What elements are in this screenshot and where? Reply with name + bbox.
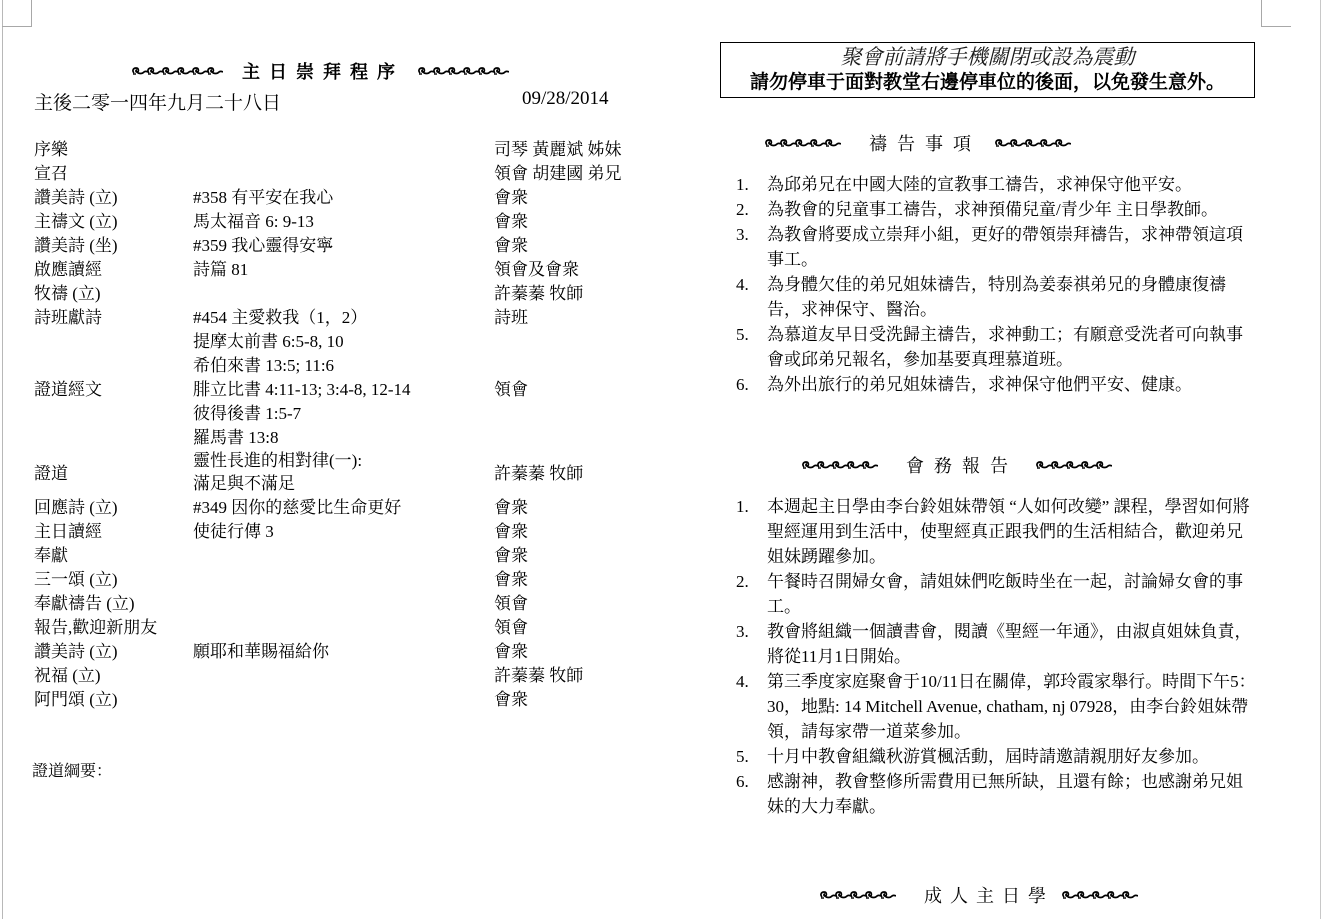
program-row: 羅馬書 13:8 [34,426,654,450]
announcement-heading-title: 會務報告 [906,452,1018,478]
announcement-item: 3.教會將組織一個讀書會，閱讀《聖經一年通》，由淑貞姐妹負責，將從11月1日開始… [736,619,1256,669]
program-item: 詩班獻詩 [34,306,102,330]
program-leader: 許蓁蓁 牧師 [494,282,583,306]
ornament-right-icon [995,137,1073,149]
program-row: 三一頌 (立)會衆 [34,568,654,592]
program-leader: 許蓁蓁 牧師 [494,664,583,688]
ornament-right-icon [1036,459,1114,471]
program-detail: #359 我心靈得安寧 [193,234,333,258]
prayer-heading: 禱告事項 [765,130,1073,156]
program-detail: 詩篇 81 [193,258,248,282]
program-item: 啟應讀經 [34,258,102,282]
announcement-list: 1.本週起主日學由李台鈴姐妹帶領 “人如何改變” 課程，學習如何將聖經運用到生活… [736,494,1256,819]
program-detail: 滿足與不滿足 [193,472,295,496]
program-leader: 司琴 黃麗斌 姊妹 [494,138,622,162]
program-row: 讚美詩 (坐)#359 我心靈得安寧會衆 [34,234,654,258]
service-date-numeric: 09/28/2014 [522,88,609,110]
program-leader: 會衆 [494,640,528,664]
program-detail: #349 因你的慈愛比生命更好 [193,496,401,520]
program-row: 證道滿足與不滿足許蓁蓁 牧師 [34,472,654,496]
program-item: 奉獻 [34,544,68,568]
ornament-left-icon [820,889,898,901]
program-detail: 靈性長進的相對律(一): [193,450,362,472]
ornament-right-icon [1062,889,1140,901]
program-detail: 希伯來書 13:5; 11:6 [193,354,334,378]
program-detail: 馬太福音 6: 9-13 [193,210,314,234]
prayer-item: 2.為教會的兒童事工禱告，求神預備兒童/青少年 主日學教師。 [736,197,1256,222]
page-edge-left [2,0,3,919]
program-detail: 使徒行傳 3 [193,520,274,544]
program-item: 讚美詩 (坐) [34,234,118,258]
program-item: 序樂 [34,138,68,162]
sunday-school-heading-title: 成人主日學 [924,882,1054,908]
announcement-text: 第三季度家庭聚會于10/11日在關偉，郭玲霞家舉行。時間下午5：30，地點: 1… [767,672,1256,741]
program-row: 提摩太前書 6:5-8, 10 [34,330,654,354]
page-corner-mark-right [1261,0,1291,27]
program-item: 三一頌 (立) [34,568,118,592]
announcement-text: 午餐時召開婦女會，請姐妹們吃飯時坐在一起，討論婦女會的事工。 [767,572,1243,616]
program-row: 報告,歡迎新朋友領會 [34,616,654,640]
prayer-number: 2. [736,197,749,222]
notice-box: 聚會前請將手機關閉或設為震動 請勿停車于面對教堂右邊停車位的後面，以免發生意外。 [720,42,1255,98]
program-item: 證道 [34,462,68,486]
program-leader: 會衆 [494,568,528,592]
program-detail: 提摩太前書 6:5-8, 10 [193,330,344,354]
program-leader: 會衆 [494,496,528,520]
program-row: 阿門頌 (立)會衆 [34,688,654,712]
announcement-text: 十月中教會組織秋游賞楓活動，屆時請邀請親朋好友參加。 [767,747,1209,766]
program-detail: 羅馬書 13:8 [193,426,278,450]
announcement-number: 2. [736,569,749,594]
program-item: 牧禱 (立) [34,282,101,306]
program-item: 主禱文 (立) [34,210,118,234]
program-row: 啟應讀經詩篇 81領會及會衆 [34,258,654,282]
program-leader: 會衆 [494,520,528,544]
program-row: 彼得後書 1:5-7 [34,402,654,426]
announcement-number: 5. [736,744,749,769]
program-row: 祝福 (立)許蓁蓁 牧師 [34,664,654,688]
program-row: 希伯來書 13:5; 11:6 [34,354,654,378]
announcement-item: 6.感謝神，教會整修所需費用已無所缺，且還有餘；也感謝弟兄姐妹的大力奉獻。 [736,769,1256,819]
announcement-item: 2.午餐時召開婦女會，請姐妹們吃飯時坐在一起，討論婦女會的事工。 [736,569,1256,619]
prayer-text: 為教會的兒童事工禱告，求神預備兒童/青少年 主日學教師。 [767,200,1218,219]
program-leader: 會衆 [494,210,528,234]
program-row: 讚美詩 (立)願耶和華賜福給你會衆 [34,640,654,664]
program-row: 主日讀經使徒行傳 3會衆 [34,520,654,544]
program-leader: 許蓁蓁 牧師 [494,462,583,486]
announcement-text: 教會將組織一個讀書會，閱讀《聖經一年通》，由淑貞姐妹負責，將從11月1日開始。 [767,622,1252,666]
announcement-number: 3. [736,619,749,644]
program-item: 祝福 (立) [34,664,101,688]
program-item: 宣召 [34,162,68,186]
program-leader: 會衆 [494,544,528,568]
page-edge-right [1320,0,1321,919]
program-leader: 會衆 [494,186,528,210]
prayer-text: 為外出旅行的弟兄姐妹禱告，求神保守他們平安、健康。 [767,375,1192,394]
prayer-number: 4. [736,272,749,297]
program-detail: 腓立比書 4:11-13; 3:4-8, 12-14 [193,378,411,402]
prayer-list: 1.為邱弟兄在中國大陸的宣教事工禱告，求神保守他平安。 2.為教會的兒童事工禱告… [736,172,1256,397]
program-row: 牧禱 (立)許蓁蓁 牧師 [34,282,654,306]
announcement-heading: 會務報告 [802,452,1114,478]
program-item: 讚美詩 (立) [34,640,118,664]
program-row: 讚美詩 (立)#358 有平安在我心會衆 [34,186,654,210]
ornament-left-icon [765,137,843,149]
prayer-text: 為教會將要成立崇拜小組，更好的帶領崇拜禱告，求神帶領這項事工。 [767,225,1243,269]
announcement-text: 本週起主日學由李台鈴姐妹帶領 “人如何改變” 課程，學習如何將聖經運用到生活中，… [767,497,1250,566]
program-row: 宣召領會 胡建國 弟兄 [34,162,654,186]
program-item: 報告,歡迎新朋友 [34,616,157,640]
prayer-text: 為邱弟兄在中國大陸的宣教事工禱告，求神保守他平安。 [767,175,1192,194]
program-row: 奉獻會衆 [34,544,654,568]
program-item: 回應詩 (立) [34,496,118,520]
program-item: 讚美詩 (立) [34,186,118,210]
ornament-right-icon [418,65,510,77]
sermon-outline-label: 證道綱要： [32,758,112,781]
program-leader: 會衆 [494,234,528,258]
announcement-item: 4.第三季度家庭聚會于10/11日在關偉，郭玲霞家舉行。時間下午5：30，地點:… [736,669,1256,744]
program-row: 主禱文 (立)馬太福音 6: 9-13會衆 [34,210,654,234]
notice-phone-silence: 聚會前請將手機關閉或設為震動 [721,44,1254,70]
program-leader: 領會 胡建國 弟兄 [494,162,622,186]
announcement-number: 4. [736,669,749,694]
program-leader: 領會 [494,616,528,640]
program-row: 證道經文腓立比書 4:11-13; 3:4-8, 12-14領會 [34,378,654,402]
ornament-left-icon [802,459,880,471]
prayer-item: 6.為外出旅行的弟兄姐妹禱告，求神保守他們平安、健康。 [736,372,1256,397]
program-leader: 領會 [494,378,528,402]
program-row: 奉獻禱告 (立)領會 [34,592,654,616]
prayer-text: 為身體欠佳的弟兄姐妹禱告，特別為姜泰祺弟兄的身體康復禱告，求神保守、醫治。 [767,275,1226,319]
prayer-number: 3. [736,222,749,247]
prayer-text: 為慕道友早日受洗歸主禱告，求神動工；有願意受洗者可向執事會或邱弟兄報名，參加基要… [767,325,1243,369]
program-detail: #358 有平安在我心 [193,186,333,210]
announcement-number: 6. [736,769,749,794]
service-date-chinese: 主後二零一四年九月二十八日 [34,88,281,115]
ornament-left-icon [132,65,224,77]
program-leader: 會衆 [494,688,528,712]
announcement-number: 1. [736,494,749,519]
prayer-item: 5.為慕道友早日受洗歸主禱告，求神動工；有願意受洗者可向執事會或邱弟兄報名，參加… [736,322,1256,372]
notice-parking: 請勿停車于面對教堂右邊停車位的後面，以免發生意外。 [721,70,1254,95]
program-item: 奉獻禱告 (立) [34,592,135,616]
announcement-item: 5.十月中教會組織秋游賞楓活動，屆時請邀請親朋好友參加。 [736,744,1256,769]
program-leader: 詩班 [494,306,528,330]
announcement-text: 感謝神，教會整修所需費用已無所缺，且還有餘；也感謝弟兄姐妹的大力奉獻。 [767,772,1243,816]
worship-program-title: 主日崇拜程序 [242,58,404,84]
program-item: 主日讀經 [34,520,102,544]
program-item: 證道經文 [34,378,102,402]
prayer-heading-title: 禱告事項 [869,130,981,156]
program-item: 阿門頌 (立) [34,688,118,712]
prayer-number: 5. [736,322,749,347]
prayer-item: 1.為邱弟兄在中國大陸的宣教事工禱告，求神保守他平安。 [736,172,1256,197]
prayer-number: 6. [736,372,749,397]
program-leader: 領會及會衆 [494,258,579,282]
worship-program-list: 序樂司琴 黃麗斌 姊妹 宣召領會 胡建國 弟兄 讚美詩 (立)#358 有平安在… [34,138,654,712]
sunday-school-heading: 成人主日學 [820,882,1140,908]
program-leader: 領會 [494,592,528,616]
prayer-item: 3.為教會將要成立崇拜小組，更好的帶領崇拜禱告，求神帶領這項事工。 [736,222,1256,272]
announcement-item: 1.本週起主日學由李台鈴姐妹帶領 “人如何改變” 課程，學習如何將聖經運用到生活… [736,494,1256,569]
program-detail: #454 主愛救我（1，2） [193,306,367,330]
worship-program-heading: 主日崇拜程序 [132,58,510,84]
program-detail: 願耶和華賜福給你 [193,640,329,664]
prayer-item: 4.為身體欠佳的弟兄姐妹禱告，特別為姜泰祺弟兄的身體康復禱告，求神保守、醫治。 [736,272,1256,322]
program-row: 詩班獻詩#454 主愛救我（1，2）詩班 [34,306,654,330]
program-row: 回應詩 (立)#349 因你的慈愛比生命更好會衆 [34,496,654,520]
prayer-number: 1. [736,172,749,197]
program-detail: 彼得後書 1:5-7 [193,402,301,426]
page-corner-mark-left [2,0,32,27]
program-row: 序樂司琴 黃麗斌 姊妹 [34,138,654,162]
